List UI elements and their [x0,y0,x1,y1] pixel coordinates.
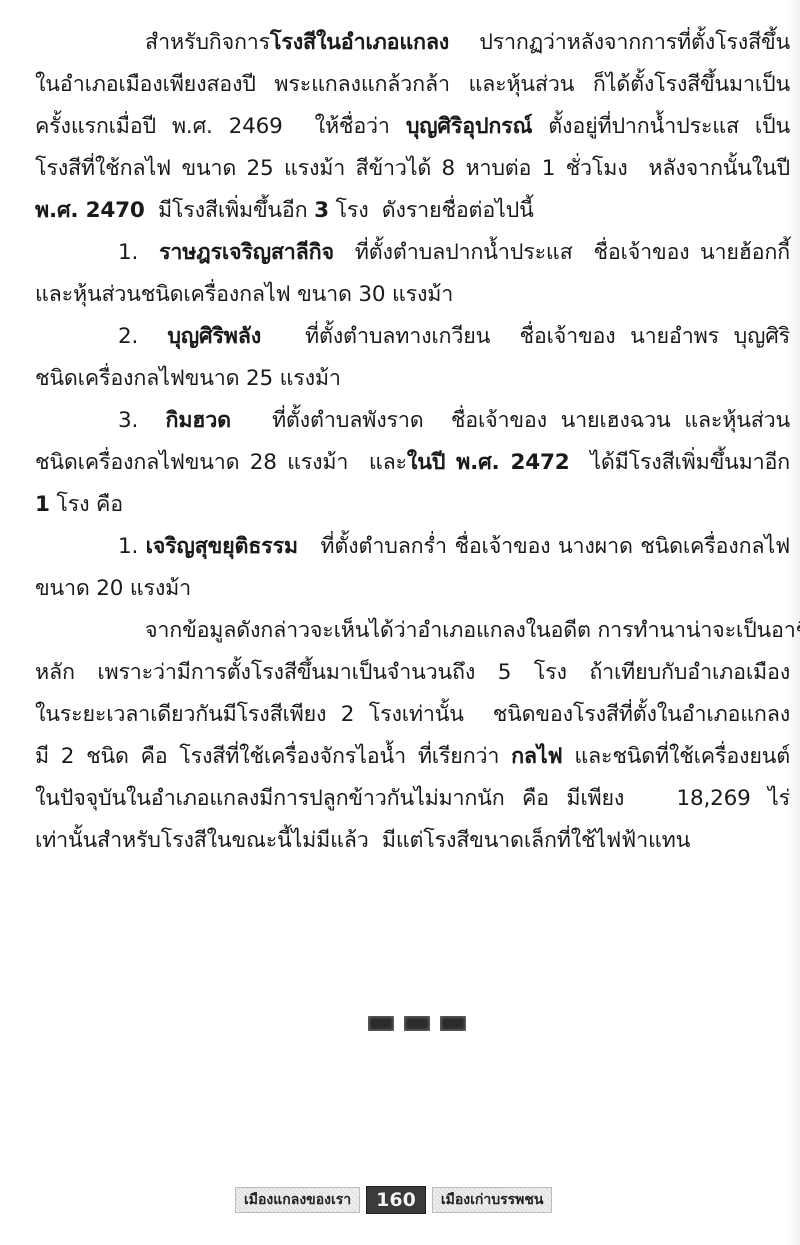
text-line: เท่านั้นสำหรับโรงสีในขณะนี้ไม่มีแล้ว มีแ… [35,820,790,862]
text-run: ในระยะเวลาเดียวกันมีโรงสีเพียง 2 โรงเท่า… [35,702,790,727]
bold-term: โรงสีในอำเภอแกลง [270,30,449,55]
text-run: ในอำเภอเมืองเพียงสองปี พระแกลงแกล้วกล้า … [35,72,790,97]
text-line: โรงสีที่ใช้กลไฟ ขนาด 25 แรงม้า สีข้าวได้… [35,148,790,190]
document-body: สำหรับกิจการโรงสีในอำเภอแกลง ปรากฏว่าหลั… [35,22,790,862]
text-line: สำหรับกิจการโรงสีในอำเภอแกลง ปรากฏว่าหลั… [35,22,790,64]
bold-term: บุญศิริอุปกรณ์ [406,114,532,139]
text-run: โรง คือ [50,492,123,517]
text-run: ในปัจจุบันในอำเภอแกลงมีการปลูกข้าวกันไม่… [35,786,790,811]
bold-term: กิมฮวด [166,408,231,433]
text-run: มี 2 ชนิด คือ โรงสีที่ใช้เครื่องจักรไอน้… [35,744,511,769]
bold-term: 1 [35,492,50,517]
text-run: ชนิดเครื่องกลไฟขนาด 25 แรงม้า [35,366,341,391]
text-line: 1 โรง คือ [35,484,790,526]
text-run: 1. [118,534,146,559]
text-run: 2. [118,324,167,349]
text-line: ชนิดเครื่องกลไฟขนาด 28 แรงม้า และในปี พ.… [35,442,790,484]
bold-term: ในปี พ.ศ. 2472 [407,450,570,475]
text-line: ขนาด 20 แรงม้า [35,568,790,610]
text-run: ที่ตั้งตำบลกร่ำ ชื่อเจ้าของ นางผาด ชนิดเ… [298,534,790,559]
text-run: และหุ้นส่วนชนิดเครื่องกลไฟ ขนาด 30 แรงม้… [35,282,453,307]
text-line: 2. บุญศิริพลัง ที่ตั้งตำบลทางเกวียน ชื่อ… [35,316,790,358]
text-line: 1. ราษฎรเจริญสาลีกิจ ที่ตั้งตำบลปากน้ำปร… [35,232,790,274]
text-run: และชนิดที่ใช้เครื่องยนต์ [563,744,790,769]
page-number: 160 [366,1186,426,1214]
bold-term: เจริญสุขยุติธรรม [146,534,298,559]
text-run: 1. [118,240,159,265]
text-run: เท่านั้นสำหรับโรงสีในขณะนี้ไม่มีแล้ว มีแ… [35,828,690,853]
text-line: ครั้งแรกเมื่อปี พ.ศ. 2469 ให้ชื่อว่า บุญ… [35,106,790,148]
text-run: 3. [118,408,166,433]
text-run: ที่ตั้งตำบลปากน้ำประแส ชื่อเจ้าของ นายฮ้… [334,240,790,265]
text-run: จากข้อมูลดังกล่าวจะเห็นได้ว่าอำเภอแกลงใน… [145,618,800,643]
text-line: พ.ศ. 2470 มีโรงสีเพิ่มขึ้นอีก 3 โรง ดังร… [35,190,790,232]
bold-term: บุญศิริพลัง [167,324,261,349]
text-run: มีโรงสีเพิ่มขึ้นอีก [145,198,314,223]
bold-term: ราษฎรเจริญสาลีกิจ [159,240,334,265]
page-footer: เมืองแกลงของเรา 160 เมืองเก่าบรรพชน [235,1186,552,1214]
text-run: ตั้งอยู่ที่ปากน้ำประแส เป็น [532,114,790,139]
text-line: ชนิดเครื่องกลไฟขนาด 25 แรงม้า [35,358,790,400]
text-line: และหุ้นส่วนชนิดเครื่องกลไฟ ขนาด 30 แรงม้… [35,274,790,316]
text-run: ชนิดเครื่องกลไฟขนาด 28 แรงม้า และ [35,450,407,475]
bold-term: กลไฟ [511,744,562,769]
footer-section-title: เมืองเก่าบรรพชน [432,1187,553,1213]
text-run: สำหรับกิจการ [145,30,270,55]
text-line: จากข้อมูลดังกล่าวจะเห็นได้ว่าอำเภอแกลงใน… [35,610,790,652]
separator-block-icon [368,1016,394,1031]
text-run: ได้มีโรงสีเพิ่มขึ้นมาอีก [570,450,790,475]
footer-book-title: เมืองแกลงของเรา [235,1187,360,1213]
text-line: ในระยะเวลาเดียวกันมีโรงสีเพียง 2 โรงเท่า… [35,694,790,736]
text-line: หลัก เพราะว่ามีการตั้งโรงสีขึ้นมาเป็นจำน… [35,652,790,694]
text-run: หลัก เพราะว่ามีการตั้งโรงสีขึ้นมาเป็นจำน… [35,660,790,685]
text-run: ที่ตั้งตำบลทางเกวียน ชื่อเจ้าของ นายอำพร… [261,324,790,349]
text-run: ที่ตั้งตำบลพังราด ชื่อเจ้าของ นายเฮงฉวน … [231,408,790,433]
text-run: ขนาด 20 แรงม้า [35,576,191,601]
text-run: โรง ดังรายชื่อต่อไปนี้ [329,198,534,223]
bold-term: 3 [314,198,329,223]
text-line: มี 2 ชนิด คือ โรงสีที่ใช้เครื่องจักรไอน้… [35,736,790,778]
text-line: ในปัจจุบันในอำเภอแกลงมีการปลูกข้าวกันไม่… [35,778,790,820]
section-break-icon [368,1016,466,1031]
bold-term: พ.ศ. 2470 [35,198,145,223]
text-run: ปรากฏว่าหลังจากการที่ตั้งโรงสีขึ้น [449,30,790,55]
text-run: ครั้งแรกเมื่อปี พ.ศ. 2469 ให้ชื่อว่า [35,114,406,139]
text-run: โรงสีที่ใช้กลไฟ ขนาด 25 แรงม้า สีข้าวได้… [35,156,790,181]
separator-block-icon [440,1016,466,1031]
text-line: ในอำเภอเมืองเพียงสองปี พระแกลงแกล้วกล้า … [35,64,790,106]
text-line: 1. เจริญสุขยุติธรรม ที่ตั้งตำบลกร่ำ ชื่อ… [35,526,790,568]
separator-block-icon [404,1016,430,1031]
text-line: 3. กิมฮวด ที่ตั้งตำบลพังราด ชื่อเจ้าของ … [35,400,790,442]
